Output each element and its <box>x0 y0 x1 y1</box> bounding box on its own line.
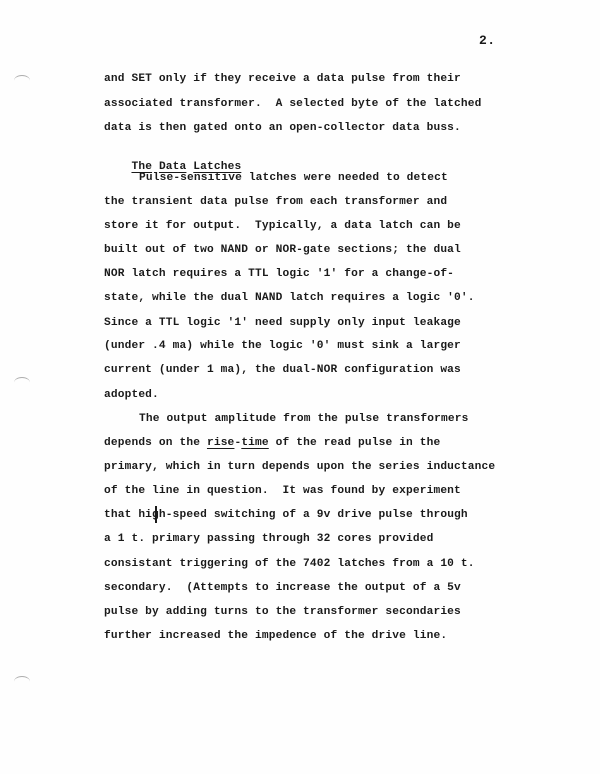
document-page: 2. and SET only if they receive a data p… <box>0 0 600 774</box>
page-number: 2. <box>479 33 496 48</box>
paragraph-first-line: Pulse-sensitive latches were needed to d… <box>139 171 448 185</box>
text-line: Since a TTL logic '1' need supply only i… <box>104 316 461 330</box>
underlined-word: rise <box>207 437 234 449</box>
text-line: state, while the dual NAND latch require… <box>104 291 475 305</box>
text-line: current (under 1 ma), the dual-NOR confi… <box>104 363 461 377</box>
text-segment: h-speed switching of a 9v drive pulse th… <box>159 509 468 521</box>
text-line: secondary. (Attempts to increase the out… <box>104 581 461 595</box>
text-line: data is then gated onto an open-collecto… <box>104 121 461 135</box>
text-line: of the line in question. It was found by… <box>104 484 461 498</box>
text-line: (under .4 ma) while the logic '0' must s… <box>104 339 461 353</box>
text-line: store it for output. Typically, a data l… <box>104 219 461 233</box>
hole-punch-mark-top <box>14 75 30 86</box>
text-line: adopted. <box>104 388 159 402</box>
underlined-word: time <box>241 437 268 449</box>
text-line: further increased the impedence of the d… <box>104 629 447 643</box>
typo-correction-mark: g <box>152 508 159 522</box>
text-segment: depends on the <box>104 437 207 449</box>
text-line: depends on the rise-time of the read pul… <box>104 436 440 450</box>
text-segment: of the read pulse in the <box>269 437 441 449</box>
text-line: and SET only if they receive a data puls… <box>104 72 461 86</box>
text-line: consistant triggering of the 7402 latche… <box>104 557 475 571</box>
hole-punch-mark-bottom <box>14 676 30 687</box>
text-segment: that hi <box>104 509 152 521</box>
text-line: built out of two NAND or NOR-gate sectio… <box>104 243 461 257</box>
text-line: the transient data pulse from each trans… <box>104 195 447 209</box>
text-line: NOR latch requires a TTL logic '1' for a… <box>104 267 454 281</box>
hole-punch-mark-middle <box>14 377 30 388</box>
text-line: a 1 t. primary passing through 32 cores … <box>104 532 433 546</box>
text-line: pulse by adding turns to the transformer… <box>104 605 461 619</box>
text-line: associated transformer. A selected byte … <box>104 97 482 111</box>
text-line: that high-speed switching of a 9v drive … <box>104 508 468 522</box>
paragraph-first-line: The output amplitude from the pulse tran… <box>139 412 468 426</box>
text-line: primary, which in turn depends upon the … <box>104 460 495 474</box>
